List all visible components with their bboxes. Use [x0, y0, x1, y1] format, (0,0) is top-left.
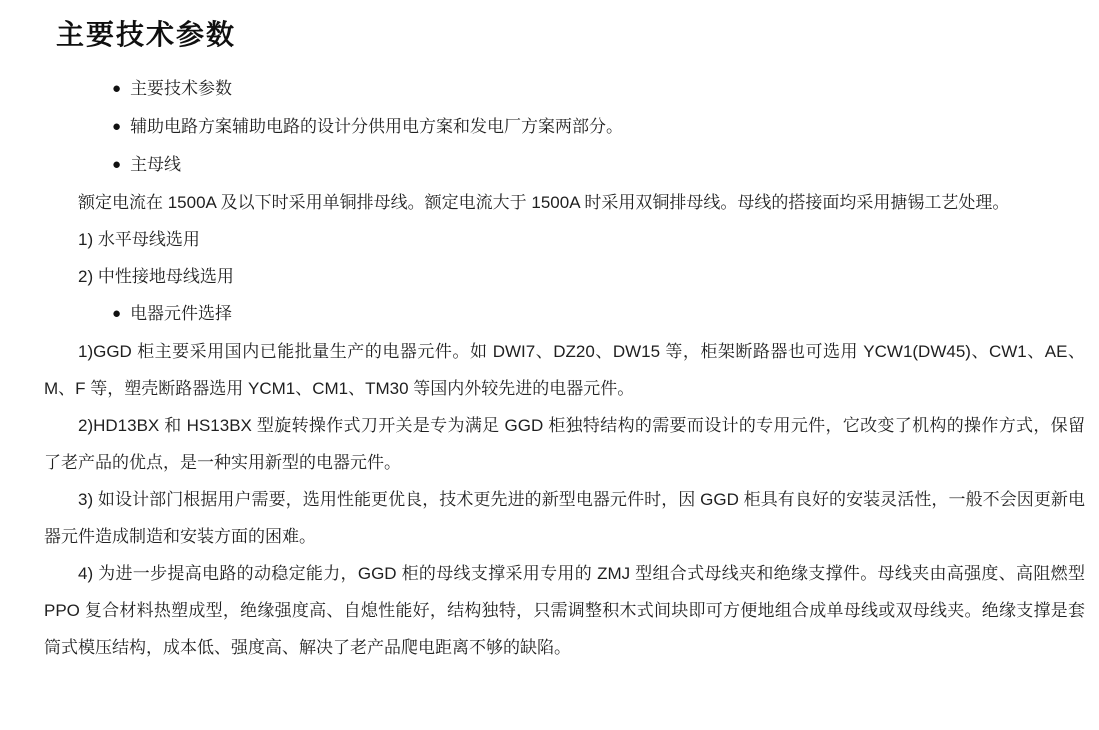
item-text: 3) 如设计部门根据用户需要，选用性能更优良，技术更先进的新型电器元件时，因 G…	[44, 490, 1085, 546]
page-title: 主要技术参数	[56, 18, 1091, 52]
paragraph: 4) 为进一步提高电路的动稳定能力，GGD 柜的母线支撑采用专用的 ZMJ 型组…	[44, 555, 1085, 666]
item-text: 主要技术参数	[130, 79, 232, 98]
list-item: ●主要技术参数	[44, 70, 1085, 108]
paragraph: 2)HD13BX 和 HS13BX 型旋转操作式刀开关是专为满足 GGD 柜独特…	[44, 407, 1085, 481]
document-body: ●主要技术参数●辅助电路方案辅助电路的设计分供用电方案和发电厂方案两部分。●主母…	[44, 70, 1085, 666]
list-item: 1) 水平母线选用	[44, 221, 1085, 258]
item-text: 主母线	[130, 155, 181, 174]
list-item: 2) 中性接地母线选用	[44, 258, 1085, 295]
item-text: 2) 中性接地母线选用	[78, 267, 234, 286]
item-text: 1) 水平母线选用	[78, 230, 200, 249]
paragraph: 额定电流在 1500A 及以下时采用单铜排母线。额定电流大于 1500A 时采用…	[44, 184, 1085, 221]
item-text: 2)HD13BX 和 HS13BX 型旋转操作式刀开关是专为满足 GGD 柜独特…	[44, 416, 1085, 472]
item-text: 1)GGD 柜主要采用国内已能批量生产的电器元件。如 DWI7、DZ20、DW1…	[44, 342, 1085, 398]
bullet-icon: ●	[78, 295, 121, 332]
list-item: ●电器元件选择	[44, 295, 1085, 333]
bullet-icon: ●	[78, 146, 121, 183]
bullet-icon: ●	[78, 108, 121, 145]
item-text: 4) 为进一步提高电路的动稳定能力，GGD 柜的母线支撑采用专用的 ZMJ 型组…	[44, 564, 1085, 657]
item-text: 辅助电路方案辅助电路的设计分供用电方案和发电厂方案两部分。	[130, 117, 623, 136]
item-text: 额定电流在 1500A 及以下时采用单铜排母线。额定电流大于 1500A 时采用…	[78, 193, 1009, 212]
item-text: 电器元件选择	[130, 304, 232, 323]
list-item: ●辅助电路方案辅助电路的设计分供用电方案和发电厂方案两部分。	[44, 108, 1085, 146]
list-item: ●主母线	[44, 146, 1085, 184]
bullet-icon: ●	[78, 70, 121, 107]
paragraph: 3) 如设计部门根据用户需要，选用性能更优良，技术更先进的新型电器元件时，因 G…	[44, 481, 1085, 555]
paragraph: 1)GGD 柜主要采用国内已能批量生产的电器元件。如 DWI7、DZ20、DW1…	[44, 333, 1085, 407]
document-page: 主要技术参数 ●主要技术参数●辅助电路方案辅助电路的设计分供用电方案和发电厂方案…	[0, 0, 1099, 730]
